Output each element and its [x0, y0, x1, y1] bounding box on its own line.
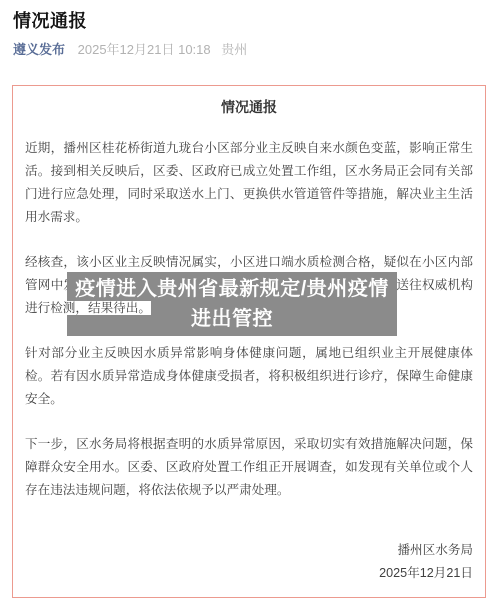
notice-line: 近期，播州区桂花桥街道九珑台小区部分业主反映自来水颜色变蓝，影响正常生	[25, 137, 473, 160]
notice-paragraph-3: 针对部分业主反映因水质异常影响身体健康问题，属地已组织业主开展健康体 检。若有因…	[25, 342, 473, 411]
article-title: 情况通报	[13, 9, 487, 33]
notice-paragraph-1: 近期，播州区桂花桥街道九珑台小区部分业主反映自来水颜色变蓝，影响正常生 活。接到…	[25, 137, 473, 229]
notice-line-text: 进行检测，结果待出。	[25, 301, 151, 315]
notice-box: 情况通报 近期，播州区桂花桥街道九珑台小区部分业主反映自来水颜色变蓝，影响正常生…	[12, 85, 486, 598]
notice-paragraph-4: 下一步，区水务局将根据查明的水质异常原因，采取切实有效措施解决问题，保 障群众安…	[25, 433, 473, 502]
article-header: 情况通报 遵义发布 2025年12月21日 10:18 贵州	[0, 0, 500, 58]
notice-signature: 播州区水务局 2025年12月21日	[25, 539, 473, 585]
article-byline: 遵义发布 2025年12月21日 10:18 贵州	[13, 41, 487, 58]
notice-line: 经核查，该小区业主反映情况属实，小区进口端水质检测合格，疑似在小区内部	[25, 251, 473, 274]
notice-line: 安全。	[25, 388, 473, 411]
notice-line: 用水需求。	[25, 206, 473, 229]
publish-location: 贵州	[221, 42, 247, 57]
notice-line: 下一步，区水务局将根据查明的水质异常原因，采取切实有效措施解决问题，保	[25, 433, 473, 456]
notice-line: 检。若有因水质异常造成身体健康受损者，将积极组织进行诊疗，保障生命健康	[25, 365, 473, 388]
account-name-link[interactable]: 遵义发布	[13, 42, 65, 57]
notice-line: 障群众安全用水。区委、区政府处置工作组正开展调查，如发现有关单位或个人	[25, 456, 473, 479]
notice-line: 针对部分业主反映因水质异常影响身体健康问题，属地已组织业主开展健康体	[25, 342, 473, 365]
notice-line: 进行检测，结果待出。	[25, 297, 473, 320]
signature-date: 2025年12月21日	[25, 562, 473, 585]
notice-line: 门进行应急处理，同时采取送水上门、更换供水管道管件等措施，解决业主生活	[25, 183, 473, 206]
notice-line: 活。接到相关反映后，区委、区政府已成立处置工作组，区水务局正会同有关部	[25, 160, 473, 183]
notice-line: 存在违法违规问题，将依法依规予以严肃处理。	[25, 479, 473, 502]
publish-datetime: 2025年12月21日 10:18	[78, 42, 211, 57]
notice-heading: 情况通报	[25, 96, 473, 119]
signature-org: 播州区水务局	[25, 539, 473, 562]
